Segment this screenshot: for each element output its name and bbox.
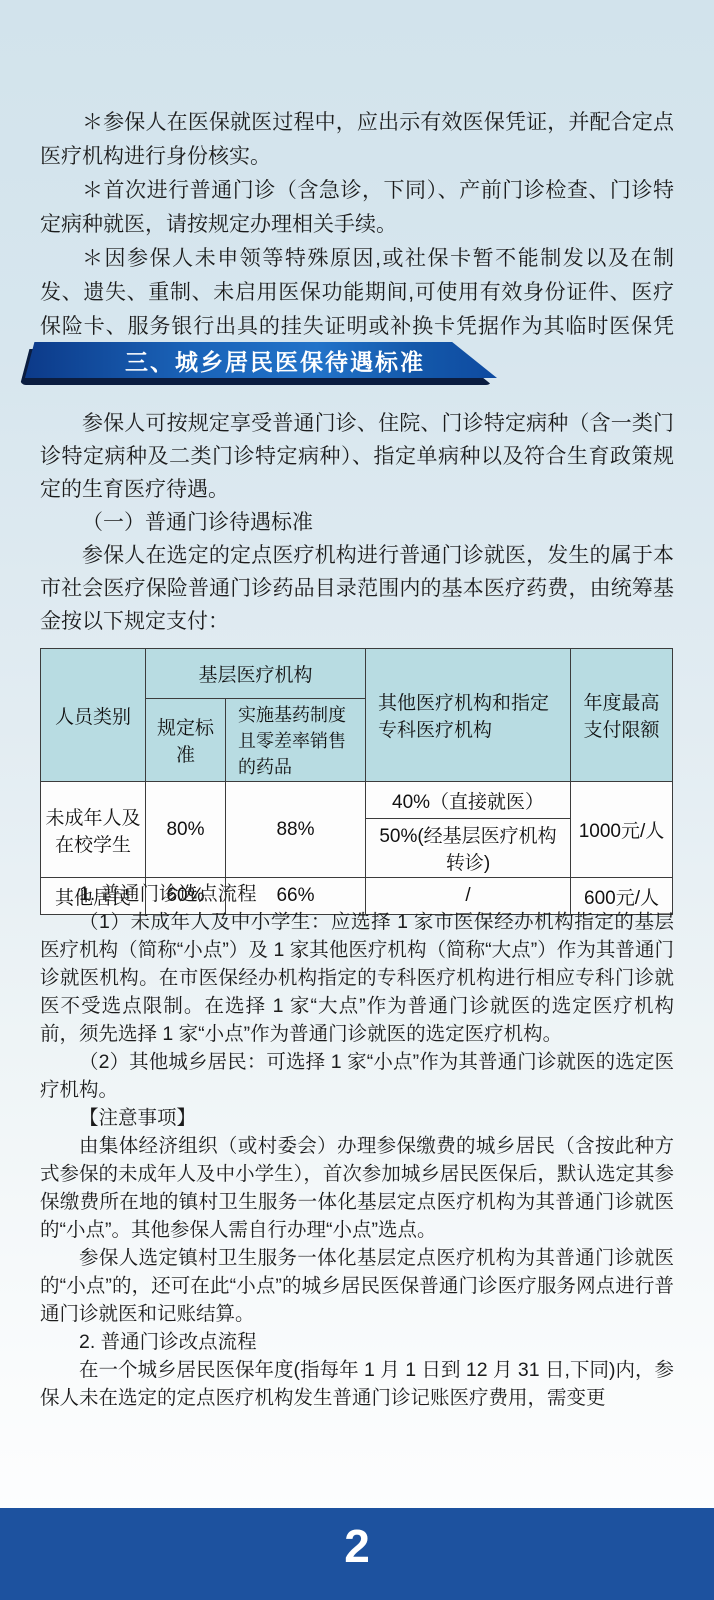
note-paragraph-2: 参保人选定镇村卫生服务一体化基层定点医疗机构为其普通门诊就医的“小点”的，还可在… [40, 1244, 674, 1328]
benefit-table: 人员类别 基层医疗机构 其他医疗机构和指定专科医疗机构 年度最高支付限额 规定标… [40, 648, 673, 915]
leaflet-page: ＊参保人在医保就医过程中，应出示有效医保凭证，并配合定点医疗机构进行身份核实。 … [0, 0, 714, 1600]
section-banner: 三、城乡居民医保待遇标准 [25, 342, 497, 378]
table-row-minors: 未成年人及在校学生 80% 88% 40%（直接就医） 1000元/人 [41, 782, 673, 819]
procedures-section: 1. 普通门诊选点流程 （1）未成年人及中小学生：应选择 1 家市医保经办机构指… [40, 880, 674, 1412]
sub-heading: （一）普通门诊待遇标准 [40, 506, 674, 539]
section-lead: 参保人可按规定享受普通门诊、住院、门诊特定病种（含一类门诊特定病种及二类门诊特定… [40, 407, 674, 638]
intro-paragraph-1: ＊参保人在医保就医过程中，应出示有效医保凭证，并配合定点医疗机构进行身份核实。 [40, 106, 674, 174]
cell-minors-other-referral: 50%(经基层医疗机构转诊) [366, 819, 571, 878]
th-primary-zero-markup: 实施基药制度且零差率销售的药品 [226, 699, 366, 782]
selection-item-1: （1）未成年人及中小学生：应选择 1 家市医保经办机构指定的基层医疗机构（简称“… [40, 908, 674, 1048]
th-primary-group: 基层医疗机构 [146, 649, 366, 699]
section-banner-ribbon: 三、城乡居民医保待遇标准 [25, 342, 497, 378]
cell-minors-zero-markup: 88% [226, 782, 366, 878]
cell-minors-category: 未成年人及在校学生 [41, 782, 146, 878]
th-annual-cap: 年度最高支付限额 [571, 649, 673, 782]
change-paragraph: 在一个城乡居民医保年度(指每年 1 月 1 日到 12 月 31 日,下同)内，… [40, 1356, 674, 1412]
th-person-category: 人员类别 [41, 649, 146, 782]
note-paragraph-1: 由集体经济组织（或村委会）办理参保缴费的城乡居民（含按此种方式参保的未成年人及中… [40, 1132, 674, 1244]
page-number: 2 [344, 1519, 370, 1573]
selection-item-2: （2）其他城乡居民：可选择 1 家“小点”作为其普通门诊就医的选定医疗机构。 [40, 1048, 674, 1104]
intro-section: ＊参保人在医保就医过程中，应出示有效医保凭证，并配合定点医疗机构进行身份核实。 … [40, 106, 674, 378]
cell-minors-standard: 80% [146, 782, 226, 878]
table-intro-paragraph: 参保人在选定的定点医疗机构进行普通门诊就医，发生的属于本市社会医疗保险普通门诊药… [40, 539, 674, 638]
intro-paragraph-2: ＊首次进行普通门诊（含急诊，下同）、产前门诊检查、门诊特定病种就医，请按规定办理… [40, 174, 674, 242]
th-other-institutions: 其他医疗机构和指定专科医疗机构 [366, 649, 571, 782]
lead-paragraph: 参保人可按规定享受普通门诊、住院、门诊特定病种（含一类门诊特定病种及二类门诊特定… [40, 407, 674, 506]
th-primary-standard: 规定标准 [146, 699, 226, 782]
cell-minors-cap: 1000元/人 [571, 782, 673, 878]
section-banner-title: 三、城乡居民医保待遇标准 [125, 344, 425, 377]
selection-title: 1. 普通门诊选点流程 [40, 880, 674, 908]
page-footer: 2 [0, 1508, 714, 1600]
notes-heading: 【注意事项】 [40, 1104, 674, 1132]
cell-minors-other-direct: 40%（直接就医） [366, 782, 571, 819]
change-title: 2. 普通门诊改点流程 [40, 1328, 674, 1356]
